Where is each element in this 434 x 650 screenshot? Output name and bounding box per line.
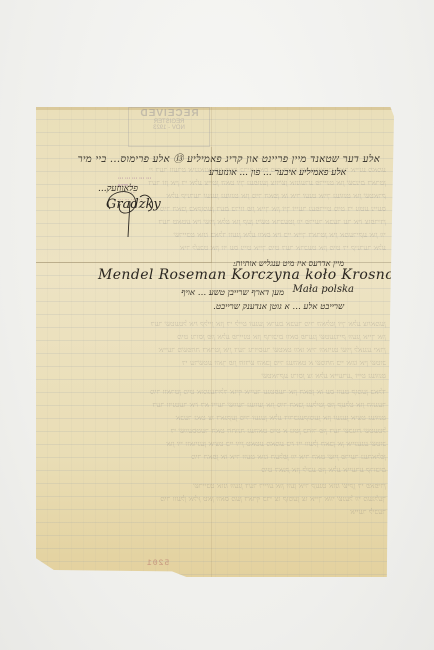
bleed-through-text: מיר וועלן אלץ טאן וואס מען דארף כדי צו ק… — [44, 494, 386, 503]
bleed-through-text: דער שטעטל איז קליין און די לייט זענען אר… — [44, 319, 386, 328]
bleed-through-text: אבער גאט צו דאנקען מיר זענען אלע דורכגעק… — [44, 413, 386, 422]
bleed-through-text: שטארקע גרוסן צו אלע אייערע, זייט געזונט — [44, 371, 386, 380]
bleed-through-text: מיר ווארטן מיט אומגעדולד אויף אייער ענטפ… — [44, 387, 386, 396]
bleed-through-text: אייער ליבער — [44, 507, 386, 516]
bleed-through-text: איר לעבט און ווי עס גייט אייך מיט דער אר… — [44, 243, 386, 252]
bleed-through-text: מיר האבן באקומען דעם בריוו פון אייך און … — [44, 204, 386, 213]
bleed-through-text: שרייבט אונז באלד וועגן אלע וואס איז ביי … — [44, 230, 386, 239]
bleed-through-text: שרייבט אונז וועגן דער רייזע און ווען איר… — [44, 481, 386, 490]
bleed-through-text: מיר האפן אז איר וועט אונז העלפן ווי איר … — [44, 452, 386, 461]
paper-top-edge — [36, 107, 394, 110]
archive-number-stamp: 5201 — [146, 559, 169, 568]
bleed-through-text: מיט גרוסן פון אלע פריינט און קרובים וואס… — [44, 332, 386, 341]
bleed-through-text: און זיי וואוינען איצט ביי זיין טאטע מאמע… — [44, 439, 386, 448]
received-stamp-bleedthrough: RECEIVED REGISTER NOV - 1923 — [128, 107, 210, 147]
bleed-through-text: דער זון אין די אלע צייטן האט זיך געפונען… — [44, 178, 386, 187]
address-region: Mała polska — [293, 284, 354, 295]
address-line-3: שרייבט אלע … א גוטן אנדענק שרייבט. — [213, 301, 344, 312]
bleed-through-text: דער ווינטער איז דא זייער שווער געווען או… — [44, 400, 386, 409]
address-line-2: מען דארף שרייבן טשע … אויף — [181, 287, 284, 298]
bleed-through-text: אייער משפחה דארטן אין דער גרויסער שטאט ו… — [44, 345, 386, 354]
scan-background: RECEIVED REGISTER NOV - 1923 אלע דער שטא… — [0, 0, 434, 650]
letter-paper: RECEIVED REGISTER NOV - 1923 אלע דער שטא… — [36, 107, 394, 577]
bleed-through-text: די שוועסטער האט חתונה געהאט מיט א גוטן ב… — [44, 426, 386, 435]
bleed-through-text: אלע קינדער זענען געזונט און מיר האפן אז … — [44, 191, 386, 200]
bleed-through-text: די ערשטע וואך פון חודש האבן מיר געהאט א … — [44, 358, 386, 367]
bleed-through-text: ייִ דער ווערט אינגאנצן פון דעם בריוו ווא… — [44, 165, 386, 174]
bleed-through-text: מיט דאנק און ליבע פון אלע אייערע קרובים — [44, 465, 386, 474]
address-name-line: Mendel Roseman Korczyna koło Krosno — [98, 267, 394, 283]
bleed-through-text: דער טאטע איז שוין אלט און קען נישט ארבעט… — [44, 217, 386, 226]
